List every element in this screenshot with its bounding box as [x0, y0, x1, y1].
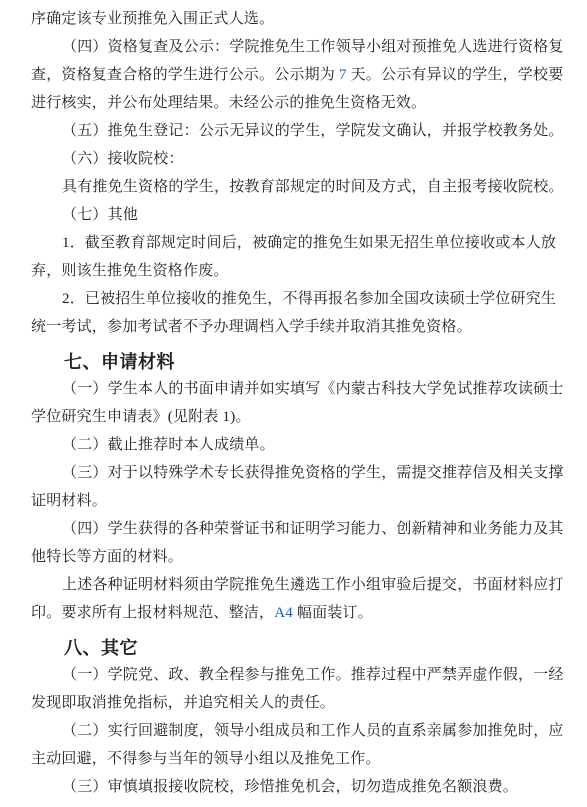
text-line: 印。要求所有上报材料规范、整洁，A4 幅面装订。 — [31, 599, 556, 627]
text-run: 学位研究生申请表》(见附表 1)。 — [31, 409, 251, 425]
text-line: 查，资格复查合格的学生进行公示。公示期为 7 天。公示有异议的学生，学校要 — [31, 61, 556, 89]
text-line: （二）截止推荐时本人成绩单。 — [31, 431, 556, 459]
text-run: 印。要求所有上报材料规范、整洁， — [31, 605, 274, 621]
text-run: 查，资格复查合格的学生进行公示。公示期为 — [31, 67, 339, 83]
text-run: 2．已被招生单位接收的推免生，不得再报名参加全国攻读硕士学位研究生 — [62, 291, 556, 307]
text-line: 进行核实，并公布处理结果。未经公示的推免生资格无效。 — [31, 89, 556, 117]
text-line: 1．截至教育部规定时间后，被确定的推免生如果无招生单位接收或本人放 — [31, 229, 556, 257]
text-run: 主动回避，不得参与当年的领导小组以及推免工作。 — [31, 751, 381, 767]
text-run: （五）推免生登记：公示无异议的学生，学院发文确认，并报学校教务处。 — [62, 123, 564, 139]
section-heading: 八、其它 — [31, 635, 556, 661]
text-run: 七、申请材料 — [64, 352, 175, 372]
text-run: 具有推免生资格的学生，按教育部规定的时间及方式，自主报考接收院校。 — [62, 179, 564, 195]
document-body: 序确定该专业预推免入围正式人选。（四）资格复查及公示：学院推免生工作领导小组对预… — [0, 0, 587, 801]
text-line: （七）其他 — [31, 201, 556, 229]
text-line: 上述各种证明材料须由学院推免生遴选工作小组审验后提交，书面材料应打 — [31, 571, 556, 599]
text-run: （二）截止推荐时本人成绩单。 — [62, 437, 275, 453]
text-line: （六）接收院校： — [31, 145, 556, 173]
text-line: （三）审慎填报接收院校，珍惜推免机会，切勿造成推免名额浪费。 — [31, 773, 556, 801]
text-line: 主动回避，不得参与当年的领导小组以及推免工作。 — [31, 745, 556, 773]
text-line: 学位研究生申请表》(见附表 1)。 — [31, 403, 556, 431]
highlighted-number: A4 — [274, 605, 293, 621]
text-run: 进行核实，并公布处理结果。未经公示的推免生资格无效。 — [31, 95, 426, 111]
text-line: 弃，则该生推免生资格作废。 — [31, 257, 556, 285]
highlighted-number: 7 — [339, 67, 347, 83]
text-line: （一）学院党、政、教全程参与推免工作。推荐过程中严禁弄虚作假，一经 — [31, 661, 556, 689]
text-line: 发现即取消推免指标，并追究相关人的责任。 — [31, 689, 556, 717]
text-line: （五）推免生登记：公示无异议的学生，学院发文确认，并报学校教务处。 — [31, 117, 556, 145]
text-run: （六）接收院校： — [62, 151, 184, 167]
text-run: （三）对于以特殊学术专长获得推免资格的学生，需提交推荐信及相关支撑 — [62, 465, 564, 481]
text-line: 他特长等方面的材料。 — [31, 543, 556, 571]
text-line: （一）学生本人的书面申请并如实填写《内蒙古科技大学免试推荐攻读硕士 — [31, 375, 556, 403]
text-line: 统一考试，参加考试者不予办理调档入学手续并取消其推免资格。 — [31, 313, 556, 341]
section-heading: 七、申请材料 — [31, 349, 556, 375]
text-run: 统一考试，参加考试者不予办理调档入学手续并取消其推免资格。 — [31, 319, 472, 335]
text-run: 八、其它 — [64, 638, 138, 658]
text-line: 具有推免生资格的学生，按教育部规定的时间及方式，自主报考接收院校。 — [31, 173, 556, 201]
text-run: 证明材料。 — [31, 493, 107, 509]
text-run: 上述各种证明材料须由学院推免生遴选工作小组审验后提交，书面材料应打 — [62, 577, 564, 593]
text-line: （四）学生获得的各种荣誉证书和证明学习能力、创新精神和业务能力及其 — [31, 515, 556, 543]
text-run: 弃，则该生推免生资格作废。 — [31, 263, 229, 279]
text-run: （七）其他 — [62, 207, 138, 223]
text-run: 序确定该专业预推免入围正式人选。 — [31, 11, 274, 27]
text-run: 1．截至教育部规定时间后，被确定的推免生如果无招生单位接收或本人放 — [62, 235, 556, 251]
text-line: 序确定该专业预推免入围正式人选。 — [31, 5, 556, 33]
text-run: （二）实行回避制度，领导小组成员和工作人员的直系亲属参加推免时，应 — [62, 723, 564, 739]
text-line: 2．已被招生单位接收的推免生，不得再报名参加全国攻读硕士学位研究生 — [31, 285, 556, 313]
text-run: （三）审慎填报接收院校，珍惜推免机会，切勿造成推免名额浪费。 — [62, 779, 518, 795]
text-run: （一）学院党、政、教全程参与推免工作。推荐过程中严禁弄虚作假，一经 — [62, 667, 564, 683]
document-page: 序确定该专业预推免入围正式人选。（四）资格复查及公示：学院推免生工作领导小组对预… — [0, 0, 587, 807]
text-run: 天。公示有异议的学生，学校要 — [347, 67, 564, 83]
text-line: （三）对于以特殊学术专长获得推免资格的学生，需提交推荐信及相关支撑 — [31, 459, 556, 487]
text-run: 幅面装订。 — [293, 605, 373, 621]
text-run: （四）学生获得的各种荣誉证书和证明学习能力、创新精神和业务能力及其 — [62, 521, 564, 537]
text-line: （四）资格复查及公示：学院推免生工作领导小组对预推免人选进行资格复 — [31, 33, 556, 61]
text-run: 发现即取消推免指标，并追究相关人的责任。 — [31, 695, 335, 711]
text-line: （二）实行回避制度，领导小组成员和工作人员的直系亲属参加推免时，应 — [31, 717, 556, 745]
text-run: （四）资格复查及公示：学院推免生工作领导小组对预推免人选进行资格复 — [62, 39, 564, 55]
text-run: （一）学生本人的书面申请并如实填写《内蒙古科技大学免试推荐攻读硕士 — [62, 381, 564, 397]
text-line: 证明材料。 — [31, 487, 556, 515]
text-run: 他特长等方面的材料。 — [31, 549, 183, 565]
